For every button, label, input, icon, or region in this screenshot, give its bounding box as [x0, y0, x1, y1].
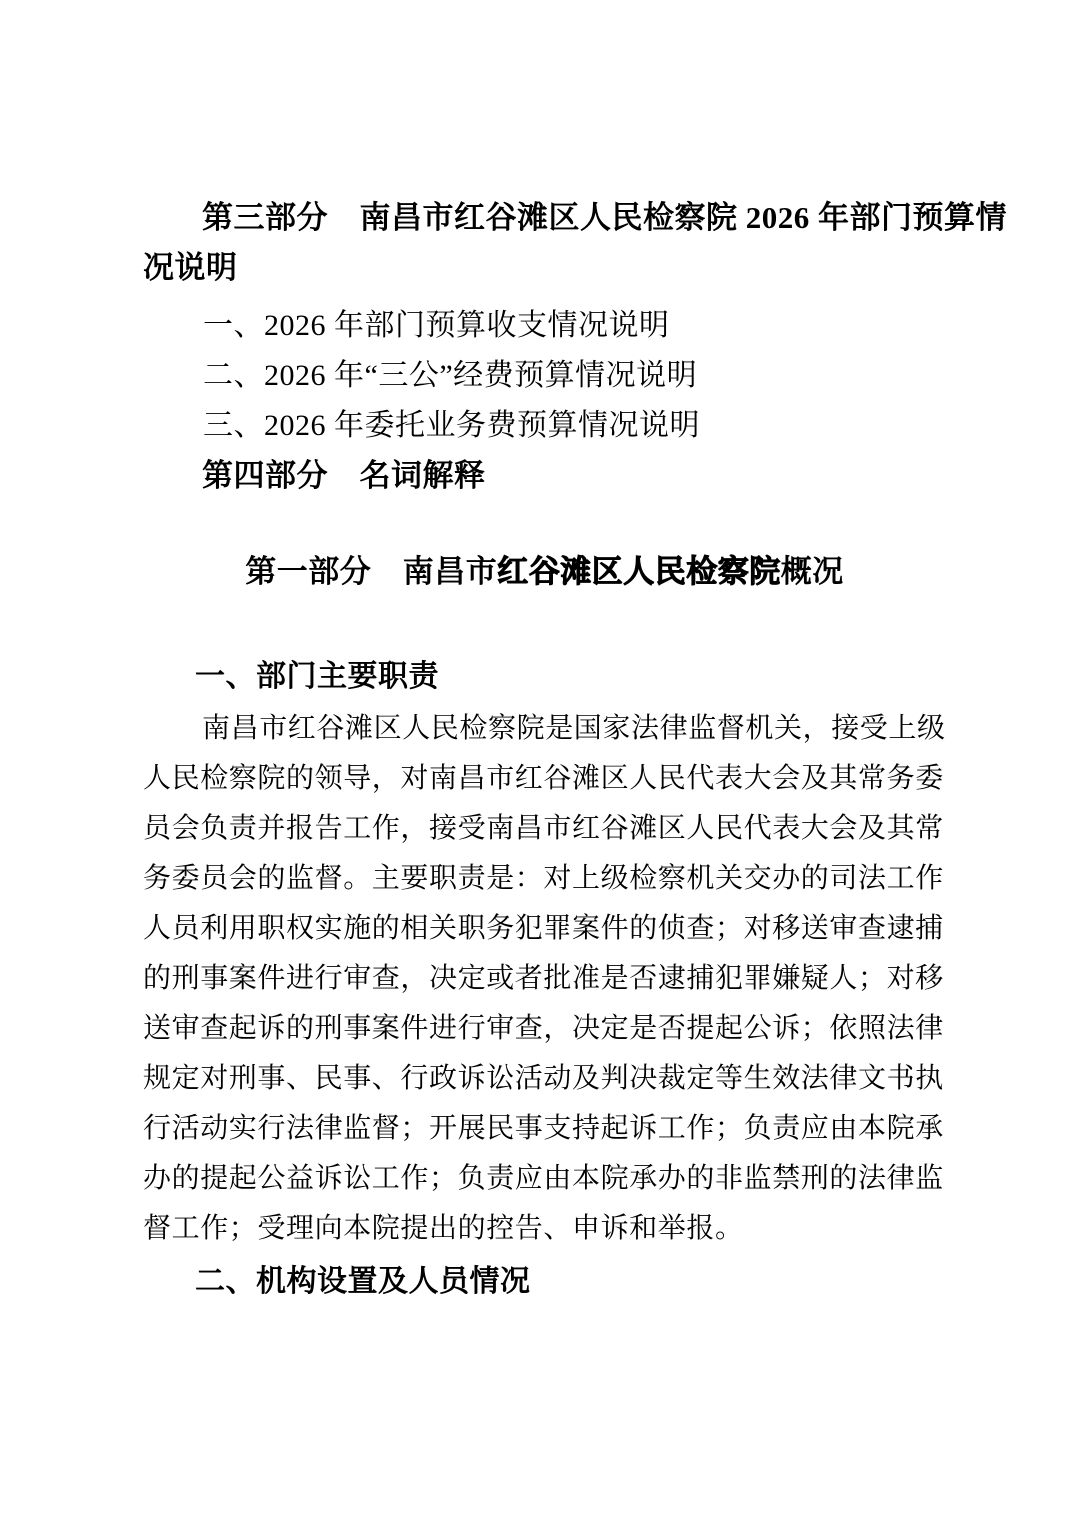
toc-item-budget-income-expense: 一、2026 年部门预算收支情况说明 — [143, 301, 946, 351]
toc-item-entrusted-business-fee: 三、2026 年委托业务费预算情况说明 — [143, 401, 946, 451]
paragraph-line: 务委员会的监督。主要职责是：对上级检察机关交办的司法工作 — [143, 854, 946, 904]
paragraph-line: 人民检察院的领导，对南昌市红谷滩区人民代表大会及其常务委 — [143, 754, 946, 804]
paragraph-line: 的刑事案件进行审查，决定或者批准是否逮捕犯罪嫌疑人；对移 — [143, 954, 946, 1004]
section1-heading: 一、部门主要职责 — [143, 652, 946, 702]
part1-heading-emphasis: 红谷滩区人民检察院 — [497, 554, 781, 589]
paragraph-line: 督工作；受理向本院提出的控告、申诉和举报。 — [143, 1204, 946, 1254]
paragraph-line: 行活动实行法律监督；开展民事支持起诉工作；负责应由本院承 — [143, 1104, 946, 1154]
section2-heading: 二、机构设置及人员情况 — [143, 1257, 946, 1307]
document-page: 第三部分 南昌市红谷滩区人民检察院 2026 年部门预算情 况说明 一、2026… — [0, 0, 1074, 1520]
toc-item-three-public-funds: 二、2026 年“三公”经费预算情况说明 — [143, 351, 946, 401]
toc-part4-heading: 第四部分 名词解释 — [143, 451, 946, 501]
paragraph-line: 人员利用职权实施的相关职务犯罪案件的侦查；对移送审查逮捕 — [143, 904, 946, 954]
part1-heading: 第一部分 南昌市红谷滩区人民检察院概况 — [143, 547, 946, 597]
paragraph-line: 员会负责并报告工作，接受南昌市红谷滩区人民代表大会及其常 — [143, 804, 946, 854]
toc-part3-heading-line1: 第三部分 南昌市红谷滩区人民检察院 2026 年部门预算情 — [143, 193, 946, 243]
toc-part3-heading-line2: 况说明 — [143, 243, 946, 293]
section1-paragraph: 南昌市红谷滩区人民检察院是国家法律监督机关，接受上级 人民检察院的领导，对南昌市… — [143, 704, 946, 1254]
paragraph-line: 送审查起诉的刑事案件进行审查，决定是否提起公诉；依照法律 — [143, 1004, 946, 1054]
paragraph-line: 南昌市红谷滩区人民检察院是国家法律监督机关，接受上级 — [143, 704, 946, 754]
paragraph-line: 办的提起公益诉讼工作；负责应由本院承办的非监禁刑的法律监 — [143, 1154, 946, 1204]
part1-heading-prefix: 第一部分 南昌市 — [245, 554, 497, 589]
part1-heading-suffix: 概况 — [781, 554, 844, 589]
paragraph-line: 规定对刑事、民事、行政诉讼活动及判决裁定等生效法律文书执 — [143, 1054, 946, 1104]
